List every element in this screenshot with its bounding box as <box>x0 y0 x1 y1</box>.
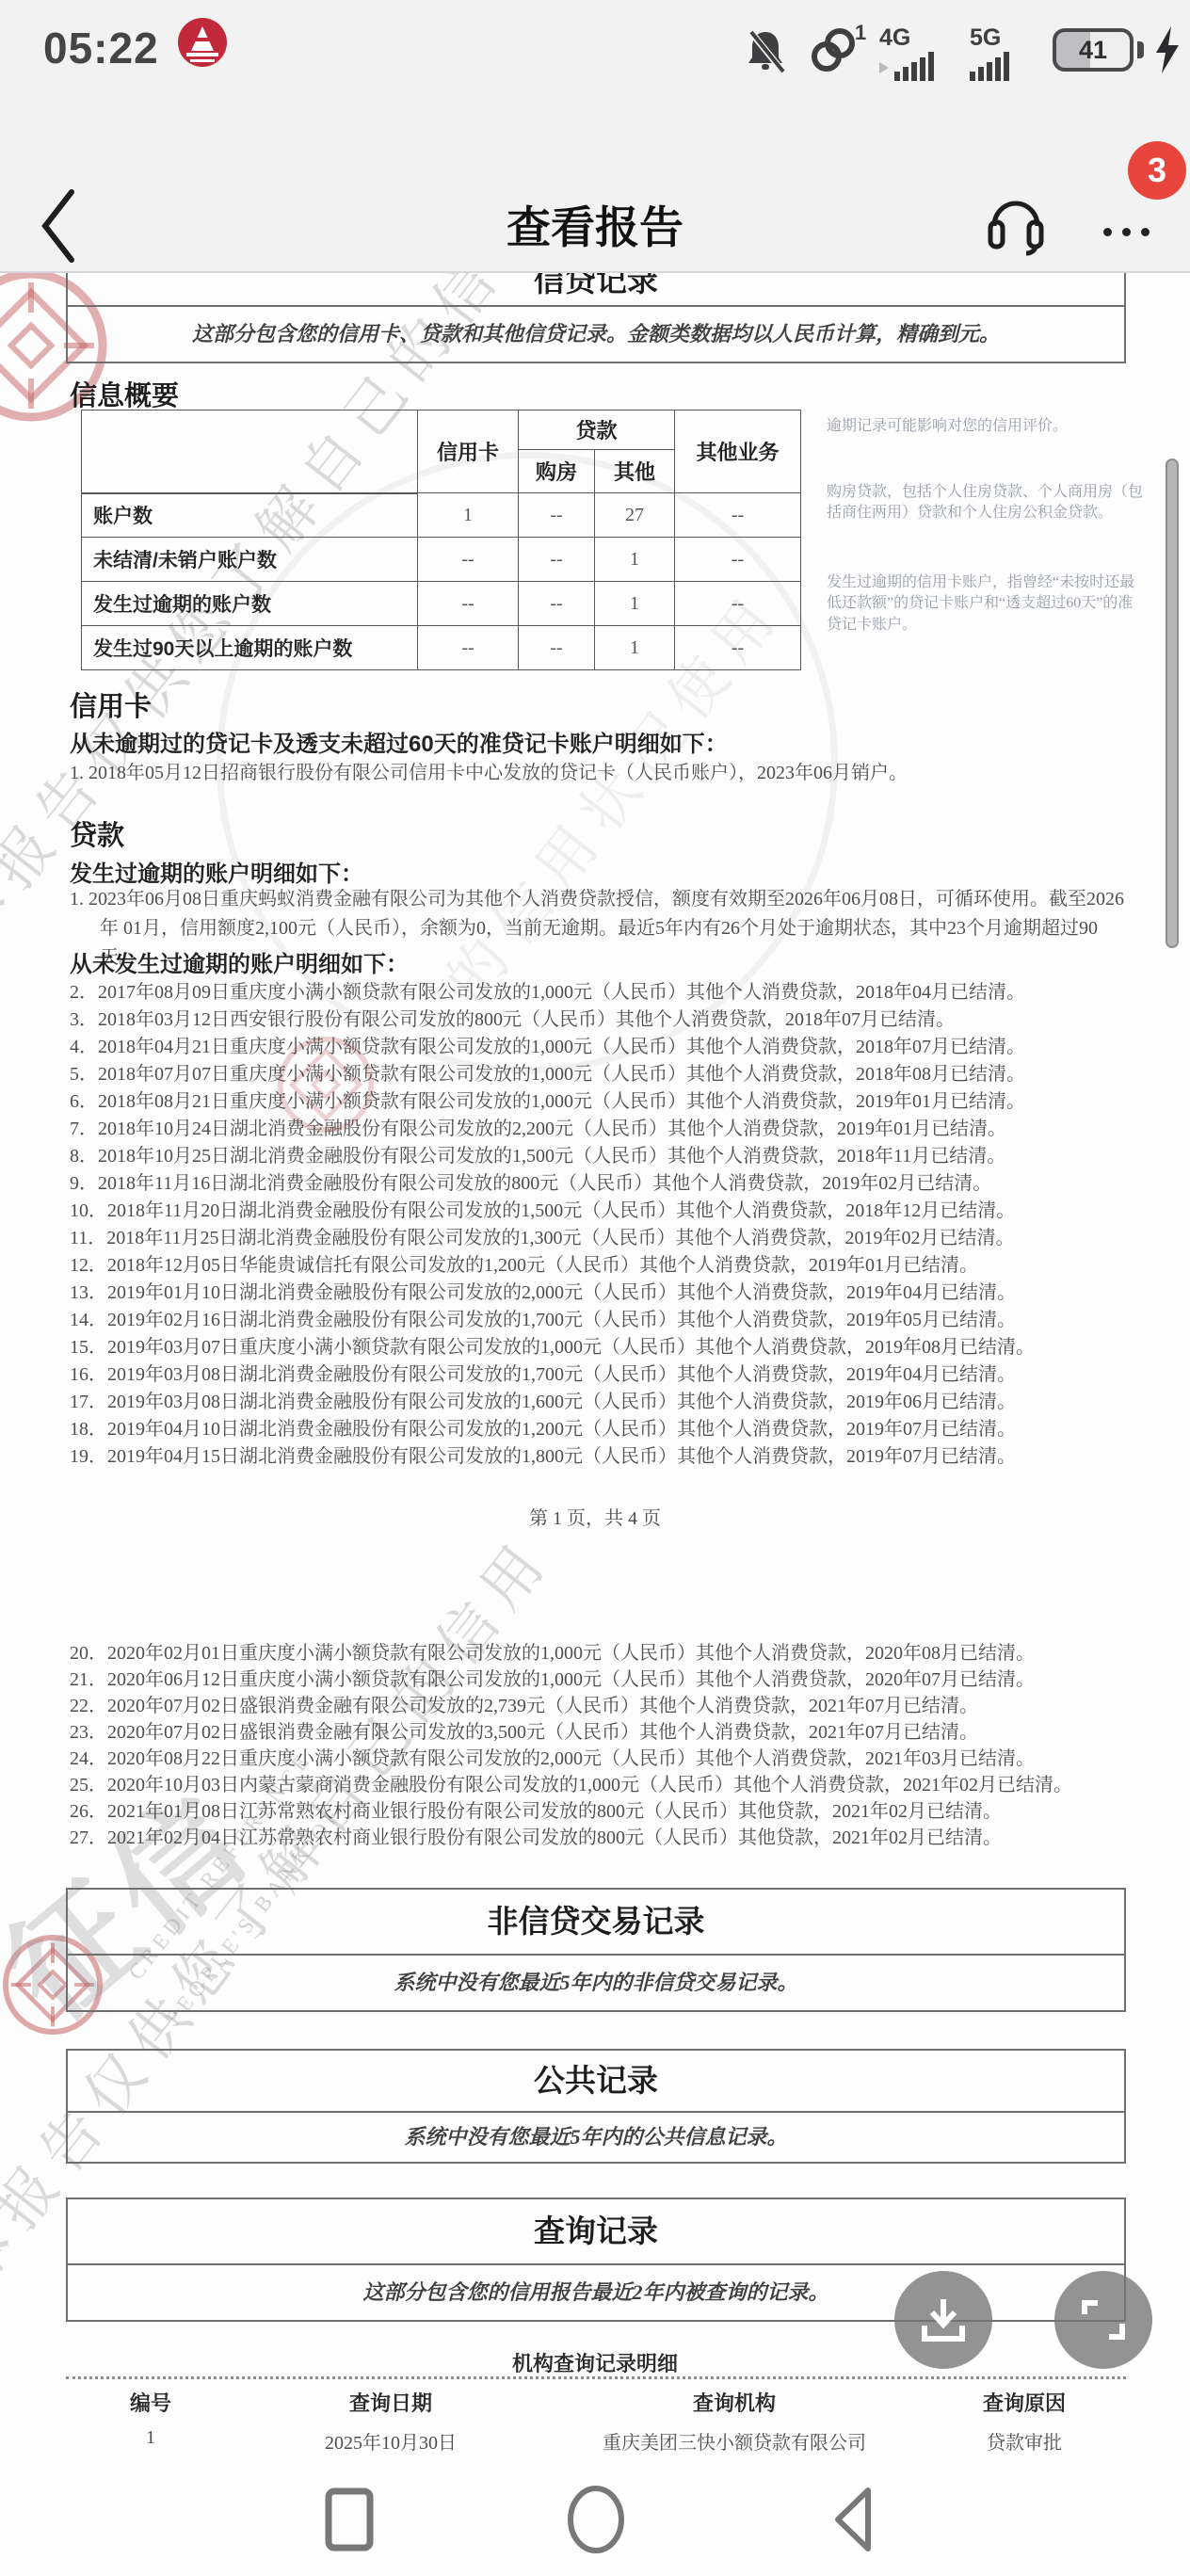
loan-item: 8．2018年10月25日湖北消费金融股份有限公司发放的1,500元（人民币）其… <box>70 1143 1143 1170</box>
report-document: 本报告仅供您了解自己的信用 本报告仅供您了解自己的信用 的信用状况使用 征信 C… <box>0 273 1190 2576</box>
page-footer: 第 1 页，共 4 页 <box>0 1503 1190 1530</box>
loan-item: 2．2017年08月09日重庆度小满小额贷款有限公司发放的1,000元（人民币）… <box>70 979 1143 1006</box>
credit-card-heading: 信用卡 <box>70 685 152 724</box>
side-note: 逾期记录可能影响对您的信用评价。 <box>827 416 1143 437</box>
loan-item: 20．2020年02月01日重庆度小满小额贷款有限公司发放的1,000元（人民币… <box>70 1640 1143 1666</box>
loan-item: 14．2019年02月16日湖北消费金融股份有限公司发放的1,700元（人民币）… <box>70 1307 1143 1334</box>
loan-item: 27．2021年02月04日江苏常熟农村商业银行股份有限公司发放的800元（人民… <box>70 1825 1143 1851</box>
signal-bars-5g-icon <box>968 49 1043 83</box>
section-title: 公共记录 <box>68 2051 1124 2113</box>
loan-item: 26．2021年01月08日江苏常熟农村商业银行股份有限公司发放的800元（人民… <box>70 1798 1143 1825</box>
col-other: 其他 <box>595 450 675 493</box>
loan-clean-heading: 从未发生过逾期的账户明细如下： <box>70 945 409 978</box>
credit-records-box: 信贷记录 这部分包含您的信用卡、贷款和其他信贷记录。金额类数据均以人民币计算，精… <box>66 273 1126 363</box>
recent-apps-button[interactable] <box>322 2487 377 2552</box>
battery-nub <box>1137 41 1144 58</box>
loan-item: 15．2019年03月07日重庆度小满小额贷款有限公司发放的1,000元（人民币… <box>70 1334 1143 1361</box>
loan-item: 5．2018年07月07日重庆度小满小额贷款有限公司发放的1,000元（人民币）… <box>70 1061 1143 1088</box>
loan-item: 17．2019年03月08日湖北消费金融股份有限公司发放的1,600元（人民币）… <box>70 1389 1143 1416</box>
screenshot-button[interactable] <box>1054 2271 1152 2369</box>
col-other-biz: 其他业务 <box>675 411 801 493</box>
inquiry-data-row: 1 2025年10月30日 重庆美团三快小额贷款有限公司 贷款审批 <box>66 2427 1126 2455</box>
table-row: 未结清/未销户账户数 -- -- 1 -- <box>82 538 801 582</box>
inquiry-table-title: 机构查询记录明细 <box>0 2348 1190 2377</box>
loan-item: 25．2020年10月03日内蒙古蒙商消费金融股份有限公司发放的1,000元（人… <box>70 1772 1143 1798</box>
section-desc: 这部分包含您的信用卡、贷款和其他信贷记录。金额类数据均以人民币计算，精确到元。 <box>68 307 1124 362</box>
section-title: 非信贷交易记录 <box>68 1890 1124 1956</box>
more-menu-button[interactable] <box>1103 222 1171 241</box>
download-button[interactable] <box>894 2271 992 2369</box>
carrier-logo-icon <box>175 15 230 70</box>
col-house: 购房 <box>519 450 595 493</box>
loan-item: 12．2018年12月05日华能贵诚信托有限公司发放的1,200元（人民币）其他… <box>70 1252 1143 1280</box>
loan-heading: 贷款 <box>70 814 124 853</box>
notification-badge: 3 <box>1128 141 1186 200</box>
home-button[interactable] <box>565 2483 627 2556</box>
section-body: 系统中没有您最近5年内的非信贷交易记录。 <box>68 1956 1124 2010</box>
bell-muted-icon <box>744 26 787 73</box>
public-records-box: 公共记录 系统中没有您最近5年内的公共信息记录。 <box>66 2049 1126 2164</box>
summary-heading: 信息概要 <box>70 375 179 413</box>
signal-bars-4g-icon <box>877 49 972 83</box>
loan-item: 6．2018年08月21日重庆度小满小额贷款有限公司发放的1,000元（人民币）… <box>70 1088 1143 1116</box>
loan-item: 24．2020年08月22日重庆度小满小额贷款有限公司发放的2,000元（人民币… <box>70 1746 1143 1772</box>
svg-text:1: 1 <box>855 24 866 44</box>
section-title: 信贷记录 <box>68 273 1124 307</box>
loan-overdue-heading: 发生过逾期的账户明细如下： <box>70 855 363 888</box>
table-row: 发生过逾期的账户数 -- -- 1 -- <box>82 582 801 626</box>
navigation-bar <box>0 2462 1190 2576</box>
loan-item: 11．2018年11月25日湖北消费金融股份有限公司发放的1,300元（人民币）… <box>70 1225 1143 1252</box>
loan-item: 10．2018年11月20日湖北消费金融股份有限公司发放的1,500元（人民币）… <box>70 1198 1143 1225</box>
credit-card-item: 1. 2018年05月12日招商银行股份有限公司信用卡中心发放的贷记卡（人民币账… <box>70 757 908 784</box>
loan-item: 18．2019年04月10日湖北消费金融股份有限公司发放的1,200元（人民币）… <box>70 1416 1143 1443</box>
loan-item: 7．2018年10月24日湖北消费金融股份有限公司发放的2,200元（人民币）其… <box>70 1116 1143 1143</box>
col-credit-card: 信用卡 <box>418 411 519 493</box>
loan-item: 16．2019年03月08日湖北消费金融股份有限公司发放的1,700元（人民币）… <box>70 1361 1143 1389</box>
loan-item: 4．2018年04月21日重庆度小满小额贷款有限公司发放的1,000元（人民币）… <box>70 1034 1143 1061</box>
credit-card-subheading: 从未逾期过的贷记卡及透支未超过60天的准贷记卡账户明细如下： <box>70 725 728 758</box>
scrollbar-thumb[interactable] <box>1166 459 1179 948</box>
table-row: 账户数 1 -- 27 -- <box>82 493 801 538</box>
loan-item: 21．2020年06月12日重庆度小满小额贷款有限公司发放的1,000元（人民币… <box>70 1666 1143 1693</box>
top-bars: 05:22 1 4G <box>0 0 1190 273</box>
back-nav-button[interactable] <box>827 2485 879 2554</box>
battery-percent: 41 <box>1079 36 1107 64</box>
non-credit-box: 非信贷交易记录 系统中没有您最近5年内的非信贷交易记录。 <box>66 1888 1126 2012</box>
col-loan: 贷款 <box>519 411 675 450</box>
inquiry-header-row: 编号 查询日期 查询机构 查询原因 <box>66 2388 1126 2417</box>
section-body: 系统中没有您最近5年内的公共信息记录。 <box>68 2113 1124 2162</box>
section-title: 查询记录 <box>68 2199 1124 2265</box>
charging-bolt-icon <box>1150 24 1184 75</box>
download-icon <box>917 2294 970 2346</box>
battery-indicator: 41 <box>1053 28 1134 72</box>
loan-list-page2: 20．2020年02月01日重庆度小满小额贷款有限公司发放的1,000元（人民币… <box>70 1640 1143 1851</box>
loan-item: 13．2019年01月10日湖北消费金融股份有限公司发放的2,000元（人民币）… <box>70 1280 1143 1307</box>
side-note: 发生过逾期的信用卡账户，指曾经“未按时还最低还款额”的贷记卡账户和“透支超过60… <box>827 572 1143 636</box>
clock: 05:22 <box>43 23 159 73</box>
crop-corners-icon <box>1077 2294 1130 2346</box>
network-5g-label: 5G <box>970 24 1001 52</box>
headset-button[interactable] <box>985 185 1047 258</box>
dotted-divider <box>66 2376 1126 2379</box>
screen: 05:22 1 4G <box>0 0 1190 2576</box>
loan-item: 22．2020年07月02日盛银消费金融有限公司发放的2,739元（人民币）其他… <box>70 1693 1143 1719</box>
summary-table: 信用卡 贷款 其他业务 购房 其他 账户数 1 -- 27 -- 未结清/未销户… <box>81 410 801 670</box>
data-link-icon: 1 <box>806 24 866 77</box>
loan-item: 23．2020年07月02日盛银消费金融有限公司发放的3,500元（人民币）其他… <box>70 1719 1143 1746</box>
table-row: 发生过90天以上逾期的账户数 -- -- 1 -- <box>82 626 801 670</box>
loan-item: 9．2018年11月16日湖北消费金融股份有限公司发放的800元（人民币）其他个… <box>70 1170 1143 1198</box>
loan-item: 19．2019年04月15日湖北消费金融股份有限公司发放的1,800元（人民币）… <box>70 1443 1143 1471</box>
loan-item: 3．2018年03月12日西安银行股份有限公司发放的800元（人民币）其他个人消… <box>70 1006 1143 1034</box>
loan-list-page1: 2．2017年08月09日重庆度小满小额贷款有限公司发放的1,000元（人民币）… <box>70 979 1143 1471</box>
network-4g-label: 4G <box>879 24 910 52</box>
side-note: 购房贷款，包括个人住房贷款、个人商用房（包括商住两用）贷款和个人住房公积金贷款。 <box>827 482 1143 524</box>
